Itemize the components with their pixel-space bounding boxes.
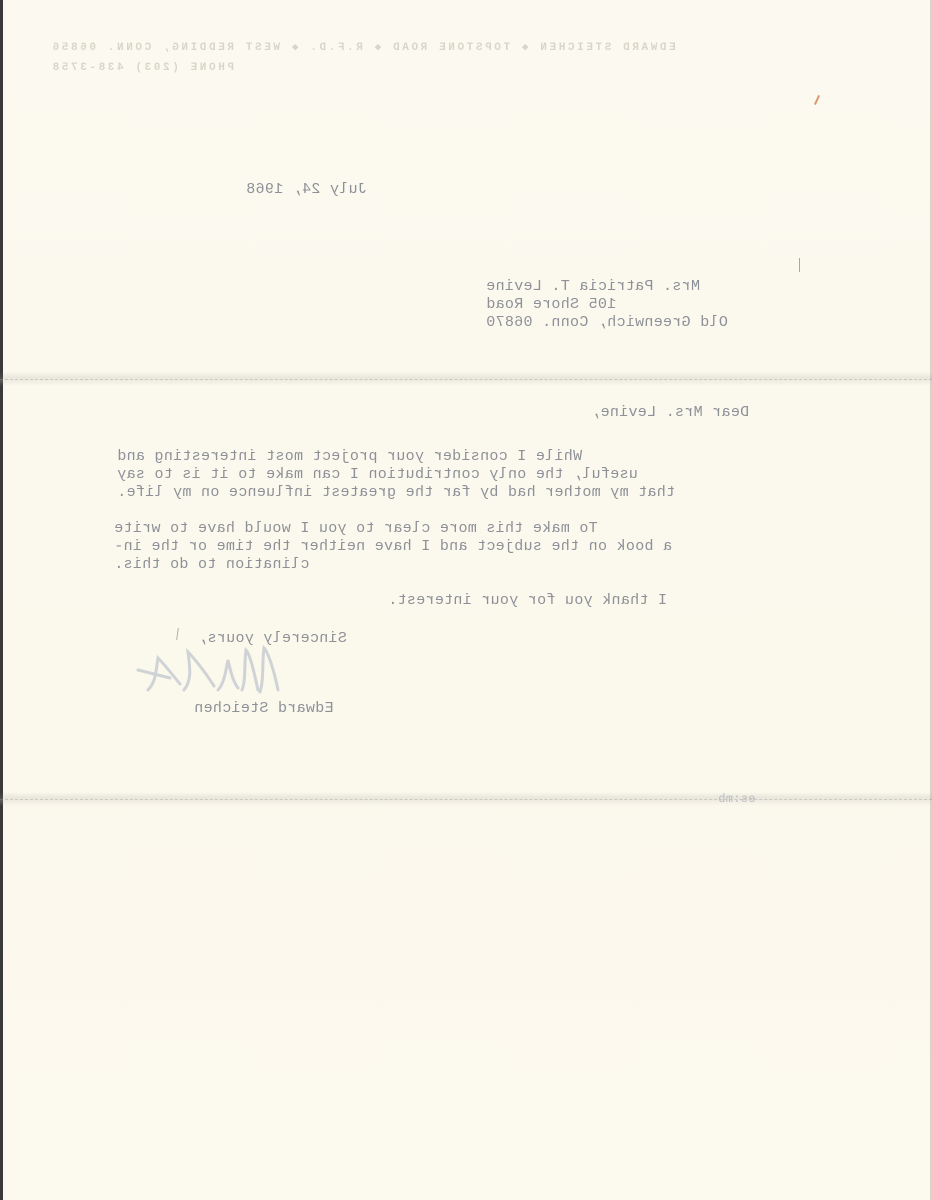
letter-date: July 24, 1968 [246, 181, 367, 199]
body-p1-line2: useful, the only contribution I can make… [117, 466, 638, 484]
pencil-mark [799, 258, 800, 272]
recipient-street: 105 Shore Road [486, 296, 616, 314]
body-p2-line1: To make this more clear to you I would h… [114, 520, 644, 538]
fold-line-upper [0, 379, 932, 381]
body-p2-line3: clination to do this. [114, 556, 309, 574]
letterhead-line2: PHONE (203) 438-3758 [50, 62, 234, 74]
handwritten-signature [128, 640, 288, 700]
fold-line-lower [0, 799, 932, 801]
body-p2-line2: a book on the subject and I have neither… [114, 538, 672, 556]
body-p1-line3: that my mother had by far the greatest i… [117, 484, 675, 502]
recipient-name: Mrs. Patricia T. Levine [486, 278, 700, 296]
signature-name: Edward Steichen [194, 700, 334, 718]
typist-initials: es:mb [718, 790, 756, 808]
salutation: Dear Mrs. Levine, [591, 404, 749, 422]
recipient-city: Old Greenwich, Conn. 06870 [486, 314, 728, 332]
body-p3-line1: I thank you for your interest. [388, 592, 714, 610]
scan-edge-left [0, 0, 3, 1200]
body-p1-line1: While I consider your project most inter… [117, 448, 629, 466]
letterhead-line1: EDWARD STEICHEN ◆ TOPSTONE ROAD ◆ R.F.D.… [50, 40, 676, 54]
